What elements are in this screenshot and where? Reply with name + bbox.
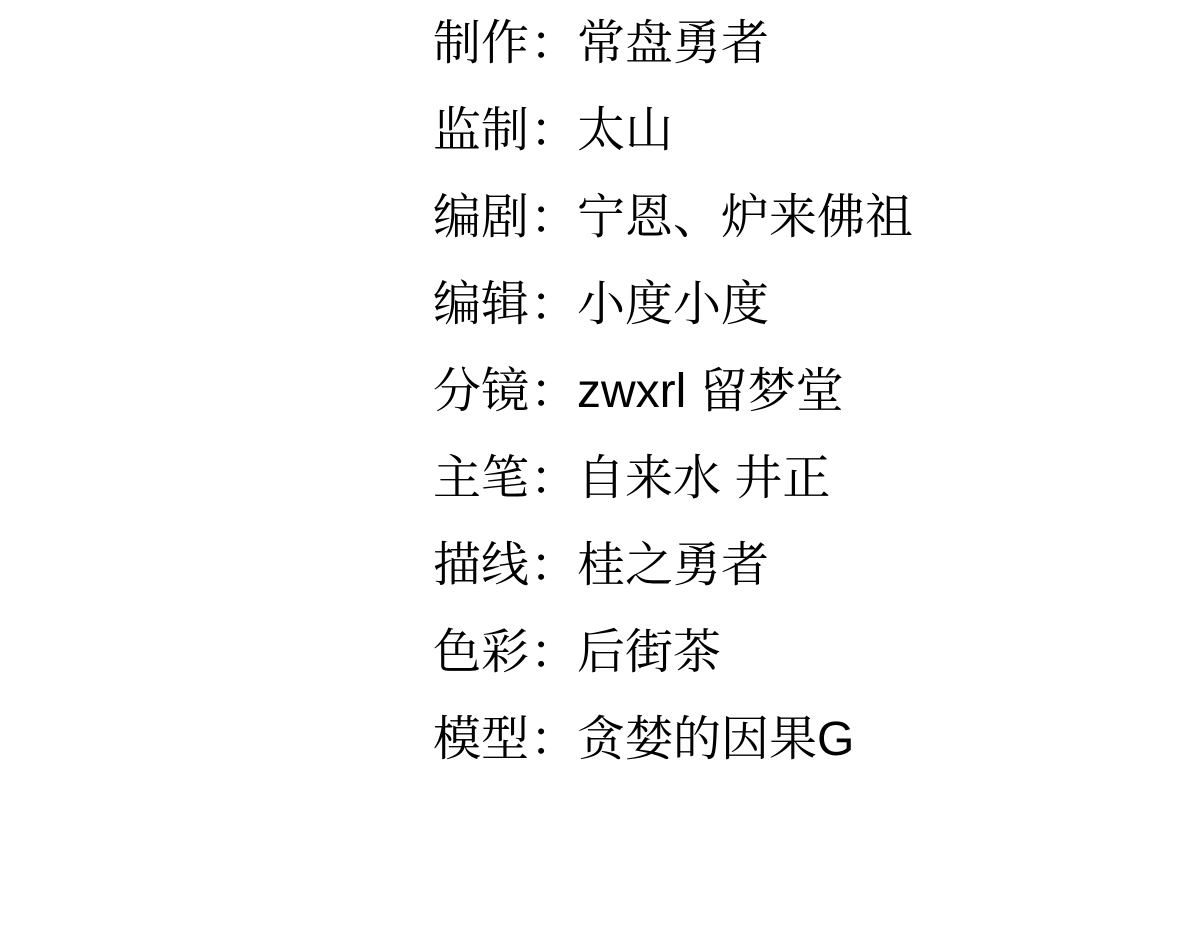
credit-role: 描线 — [433, 542, 530, 590]
credit-colon: ： — [530, 542, 577, 590]
credit-row-lead-artist: 主笔：自来水 井正 — [433, 435, 913, 522]
credit-name: zwxrl 留梦堂 — [577, 368, 844, 416]
credit-role: 主笔 — [433, 455, 530, 503]
credit-colon: ： — [530, 107, 577, 155]
credit-role: 分镜 — [433, 368, 530, 416]
credit-row-screenwriter: 编剧：宁恩、炉来佛祖 — [433, 174, 913, 261]
credit-name: 自来水 井正 — [577, 455, 830, 503]
credit-colon: ： — [530, 629, 577, 677]
credits-list: 制作：常盘勇者 监制：太山 编剧：宁恩、炉来佛祖 编辑：小度小度 分镜：zwxr… — [433, 0, 913, 783]
credit-colon: ： — [530, 368, 577, 416]
credit-row-editor: 编辑：小度小度 — [433, 261, 913, 348]
credit-colon: ： — [530, 281, 577, 329]
credit-role: 监制 — [433, 107, 530, 155]
credit-name: 小度小度 — [577, 281, 769, 329]
credit-role: 色彩 — [433, 629, 530, 677]
credit-name: 后街茶 — [577, 629, 721, 677]
credit-colon: ： — [530, 716, 577, 764]
credit-name: 太山 — [577, 107, 673, 155]
credit-name: 桂之勇者 — [577, 542, 769, 590]
credit-colon: ： — [530, 455, 577, 503]
credit-role: 编辑 — [433, 281, 530, 329]
credit-role: 模型 — [433, 716, 530, 764]
credit-row-storyboard: 分镜：zwxrl 留梦堂 — [433, 348, 913, 435]
credit-name: 宁恩、炉来佛祖 — [577, 194, 913, 242]
credit-role: 编剧 — [433, 194, 530, 242]
credit-colon: ： — [530, 194, 577, 242]
credit-row-color: 色彩：后街茶 — [433, 609, 913, 696]
credit-role: 制作 — [433, 20, 530, 68]
credit-colon: ： — [530, 20, 577, 68]
credit-row-model: 模型：贪婪的因果G — [433, 696, 913, 783]
credit-row-lineart: 描线：桂之勇者 — [433, 522, 913, 609]
credit-name: 常盘勇者 — [577, 20, 769, 68]
credit-row-supervisor: 监制：太山 — [433, 87, 913, 174]
credit-name: 贪婪的因果G — [577, 716, 854, 764]
credit-row-production: 制作：常盘勇者 — [433, 0, 913, 87]
